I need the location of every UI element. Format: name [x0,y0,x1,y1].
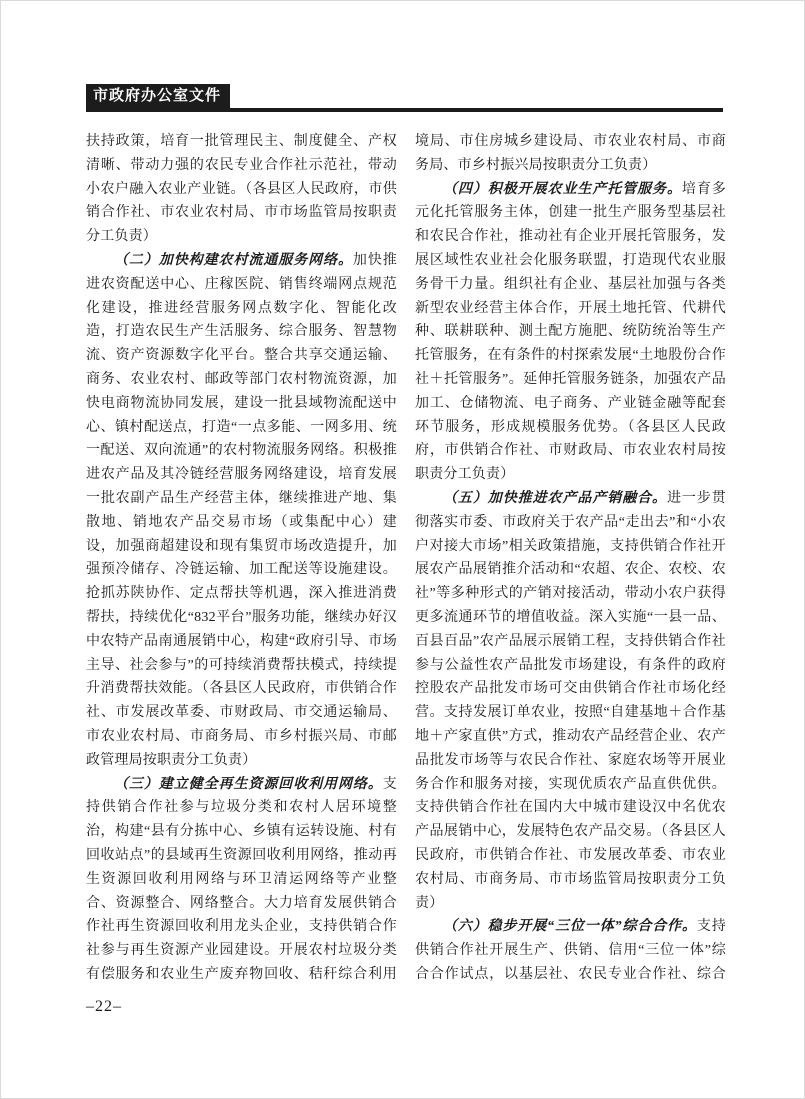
paragraph-body: 加快推进农资配送中心、庄稼医院、销售终端网点规范化建设，推进经营服务网点数字化、… [86,253,397,768]
document-page: 市政府办公室文件 扶持政策，培育一批管理民主、制度健全、产权清晰、带动力强的农民… [0,0,805,1099]
paragraph-continuation: 境局、市住房城乡建设局、市农业农村局、市商务局、市乡村振兴局按职责分工负责） [415,130,726,178]
paragraph-body: 进一步贯彻落实市委、市政府关于农产品“走出去”和“小农户对接大市场”相关政策措施… [415,491,726,911]
paragraph-heading: （四）积极开展农业生产托管服务。 [443,182,682,197]
paragraph: （二）加快构建农村流通服务网络。加快推进农资配送中心、庄稼医院、销售终端网点规范… [86,249,397,773]
paragraph-heading: （三）建立健全再生资源回收利用网络。 [114,777,383,792]
page-number: –22– [86,998,122,1016]
paragraph-heading: （二）加快构建农村流通服务网络。 [114,253,353,268]
paragraph: （三）建立健全再生资源回收利用网络。支持供销合作社参与垃圾分类和农村人居环境整治… [86,773,397,988]
paragraph: （四）积极开展农业生产托管服务。培育多元化托管服务主体，创建一批生产服务型基层社… [415,178,726,487]
paragraph-body: 支持供销合作社参与垃圾分类和农村人居环境整治，构建“县有分拣中心、乡镇有运转设施… [86,777,397,988]
paragraph-body: 扶持政策，培育一批管理民主、制度健全、产权清晰、带动力强的农民专业合作社示范社，… [86,134,397,244]
paragraph-heading: （五）加快推进农产品产销融合。 [443,491,667,506]
document-header: 市政府办公室文件 [86,84,723,112]
document-body: 扶持政策，培育一批管理民主、制度健全、产权清晰、带动力强的农民专业合作社示范社，… [86,130,726,988]
paragraph-heading: （六）稳步开展“三位一体”综合合作。 [443,919,697,934]
text-column-right: 境局、市住房城乡建设局、市农业农村局、市商务局、市乡村振兴局按职责分工负责） （… [415,130,726,988]
header-title: 市政府办公室文件 [93,88,221,104]
text-column-left: 扶持政策，培育一批管理民主、制度健全、产权清晰、带动力强的农民专业合作社示范社，… [86,130,397,988]
paragraph-body: 境局、市住房城乡建设局、市农业农村局、市商务局、市乡村振兴局按职责分工负责） [415,134,726,173]
paragraph-continuation: 扶持政策，培育一批管理民主、制度健全、产权清晰、带动力强的农民专业合作社示范社，… [86,130,397,249]
paragraph: （六）稳步开展“三位一体”综合合作。支持供销合作社开展生产、供销、信用“三位一体… [415,915,726,988]
paragraph: （五）加快推进农产品产销融合。进一步贯彻落实市委、市政府关于农产品“走出去”和“… [415,487,726,915]
header-title-box: 市政府办公室文件 [86,84,230,108]
paragraph-body: 培育多元化托管服务主体，创建一批生产服务型基层社和农民合作社，推动社有企业开展托… [415,182,726,483]
